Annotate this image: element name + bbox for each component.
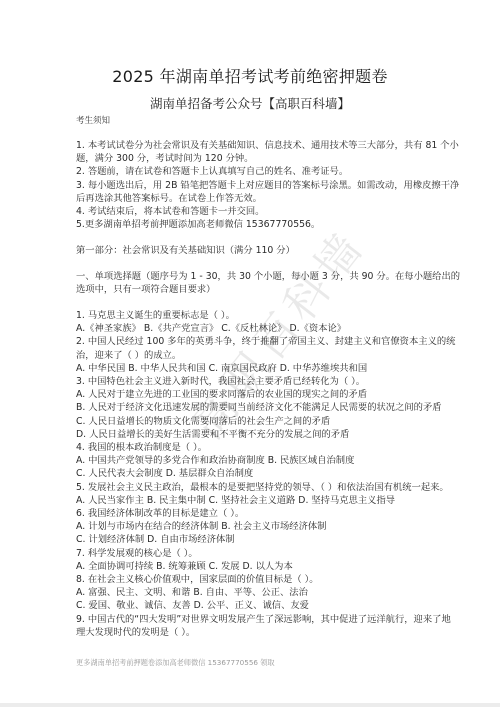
question-line: 治，迎来了（ ）的成立。 — [76, 349, 428, 362]
question-line: 3. 中国特色社会主义进入新时代，我国社会主要矛盾已经转化为（ ）。 — [76, 375, 428, 388]
part-heading: 第一部分：社会常识及有关基础知识（满分 110 分） — [76, 244, 428, 257]
question-line: A.《神圣家族》 B.《共产党宣言》 C.《反杜林论》 D.《资本论》 — [76, 322, 428, 335]
question-line: 5. 发展社会主义民主政治，最根本的是要把坚持党的领导、（ ）和依法治国有机统一… — [76, 481, 428, 494]
question-line: A. 富强、民主、文明、和谐 B. 自由、平等、公正、法治 — [76, 586, 428, 599]
question-line: 8. 在社会主义核心价值观中，国家层面的价值目标是（ ）。 — [76, 573, 428, 586]
question-line: 理大发现时代的发明是（ ）。 — [76, 626, 428, 639]
question-line: 2. 中国人民经过 100 多年的英勇斗争，终于推翻了帝国主义、封建主义和官僚资… — [76, 335, 428, 348]
question-line: 6. 我国经济体制改革的目标是建立（ ）。 — [76, 507, 428, 520]
question-line: D. 人民日益增长的美好生活需要和不平衡不充分的发展之间的矛盾 — [76, 428, 428, 441]
document-subtitle: 湖南单招备考公众号【高职百科墙】 — [0, 94, 500, 112]
question-line: A. 计划与市场内在结合的经济体制 B. 社会主义市场经济体制 — [76, 520, 428, 533]
question-line: C. 计划经济体制 D. 自由市场经济体制 — [76, 533, 428, 546]
notice-list: 1. 本考试试卷分为社会常识及有关基础知识、信息技术、通用技术等三大部分，共有 … — [76, 139, 428, 231]
document-title: 2025 年湖南单招考试考前绝密押题卷 — [0, 64, 500, 87]
document-page: 高职百科墙 2025 年湖南单招考试考前绝密押题卷 湖南单招备考公众号【高职百科… — [0, 0, 500, 703]
notice-line: 题，满分 300 分，考试时间为 120 分钟。 — [76, 152, 428, 165]
section-heading: 一、单项选择题（题序号为 1 - 30，共 30 个小题，每小题 3 分，共 9… — [76, 270, 428, 296]
question-line: A. 全面协调可持续 B. 统筹兼顾 C. 发展 D. 以人为本 — [76, 560, 428, 573]
question-line: A. 人民当家作主 B. 民主集中制 C. 坚持社会主义道路 D. 坚持马克思主… — [76, 494, 428, 507]
question-line: B. 人民对于经济文化迅速发展的需要同当前经济文化不能满足人民需要的状况之间的矛… — [76, 401, 428, 414]
question-line: C. 爱国、敬业、诚信、友善 D. 公平、正义、诚信、友爱 — [76, 599, 428, 612]
question-line: A. 中华民国 B. 中华人民共和国 C. 南京国民政府 D. 中华苏维埃共和国 — [76, 362, 428, 375]
notice-line: 1. 本考试试卷分为社会常识及有关基础知识、信息技术、通用技术等三大部分，共有 … — [76, 139, 428, 152]
question-line: A. 中国共产党领导的多党合作和政治协商制度 B. 民族区域自治制度 — [76, 454, 428, 467]
page-footer: 更多湖南单招考前押题卷添加高老师微信 15367770556 领取 — [76, 658, 275, 668]
question-line: 1. 马克思主义诞生的重要标志是（ ）。 — [76, 309, 428, 322]
question-list: 1. 马克思主义诞生的重要标志是（ ）。 A.《神圣家族》 B.《共产党宣言》 … — [76, 309, 428, 639]
question-line: 7. 科学发展观的核心是（ ）。 — [76, 547, 428, 560]
page-bottom-edge — [0, 703, 500, 707]
question-line: A. 人民对于建立先进的工业国的要求同落后的农业国的现实之间的矛盾 — [76, 388, 428, 401]
notice-line: 4. 考试结束后，将本试卷和答题卡一并交回。 — [76, 205, 428, 218]
question-line: 4. 我国的根本政治制度是（ ）。 — [76, 441, 428, 454]
notice-line: 后再选涂其他答案标号。在试卷上作答无效。 — [76, 192, 428, 205]
notice-line: 3. 每小题选出后，用 2B 铅笔把答题卡上对应题目的答案标号涂黑。如需改动，用… — [76, 179, 428, 192]
notice-line: 5.更多湖南单招考前押题添加高老师微信 15367770556。 — [76, 218, 428, 231]
question-line: C. 人民代表大会制度 D. 基层群众自治制度 — [76, 467, 428, 480]
question-line: C. 人民日益增长的物质文化需要同落后的社会生产之间的矛盾 — [76, 415, 428, 428]
notice-heading: 考生须知 — [76, 114, 110, 126]
notice-line: 2. 答题前，请在试卷和答题卡上认真填写自己的姓名、准考证号。 — [76, 165, 428, 178]
question-line: 9. 中国古代的“四大发明”对世界文明发展产生了深远影响，其中促进了远洋航行，迎… — [76, 613, 428, 626]
